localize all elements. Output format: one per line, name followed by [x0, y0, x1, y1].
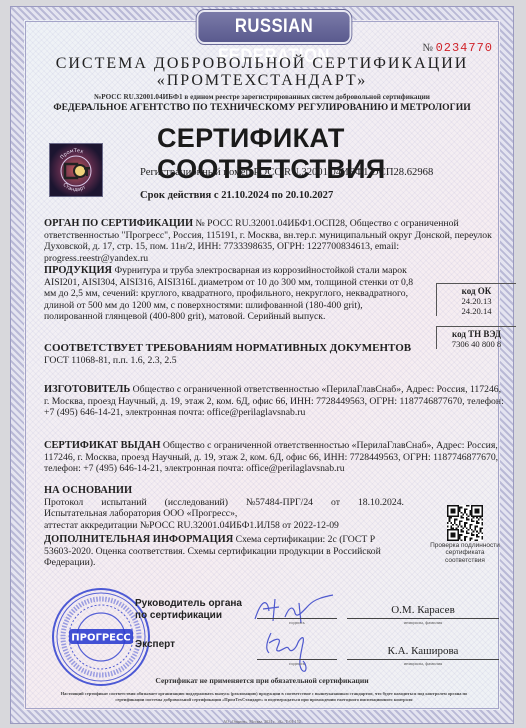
protocol-word: №57484-ПРГ/24 [246, 497, 313, 509]
registration-number: Регистрационный номер РОСС RU.32001.04ИБ… [140, 167, 433, 178]
okpd-label: код ОК [437, 286, 516, 296]
svg-text:ПРОГРЕСС: ПРОГРЕСС [71, 633, 130, 644]
classification-codes: код ОК 24.20.13 24.20.14 код ТН ВЭД 7306… [436, 283, 516, 349]
protocol-line: Протокол испытаний (исследований) №57484… [44, 497, 404, 509]
head-name-caption: инициалы, фамилия [347, 620, 499, 625]
protocol-word: испытаний [101, 497, 146, 509]
system-title-line1: СИСТЕМА ДОБРОВОЛЬНОЙ СЕРТИФИКАЦИИ [11, 55, 513, 72]
protocol-word: 18.10.2024. [358, 497, 404, 509]
printer-imprint: АО «Опцион», Москва, 2024 г., «Б», Т-04-… [11, 719, 513, 724]
svg-text:ПромТех: ПромТех [59, 148, 84, 161]
expert-signature-icon [261, 627, 321, 677]
accreditation-line: аттестат аккредитации №РОСС RU.32001.04И… [44, 520, 504, 532]
validity-period: Срок действия с 21.10.2024 по 20.10.2027 [140, 190, 333, 201]
expert-name: К.А. Каширова [347, 645, 499, 657]
section-heading: ПРОДУКЦИЯ [44, 265, 112, 276]
lab-line: Испытательная лаборатория ООО «Прогресс»… [44, 508, 504, 520]
section-text: ГОСТ 11068-81, п.п. 1.6, 2.3, 2.5 [44, 355, 504, 367]
qr-code-icon[interactable] [447, 505, 483, 541]
system-title: СИСТЕМА ДОБРОВОЛЬНОЙ СЕРТИФИКАЦИИ «ПРОМТ… [11, 55, 513, 89]
section-product: ПРОДУКЦИЯ Фурнитура и труба электросварн… [44, 265, 414, 323]
not-mandatory-notice: Сертификат не применяется при обязательн… [11, 676, 513, 685]
section-heading: СООТВЕТСТВУЕТ ТРЕБОВАНИЯМ НОРМАТИВНЫХ ДО… [44, 343, 504, 355]
certificate-sheet: RUSSIAN FEDERATION № 0234770 СИСТЕМА ДОБ… [10, 6, 514, 724]
okpd-value: 24.20.13 [437, 296, 516, 306]
tnved-label: код ТН ВЭД [437, 329, 516, 339]
head-sign-caption: подпись [257, 620, 337, 625]
protocol-word: Протокол [44, 497, 83, 509]
protocol-word: от [331, 497, 340, 509]
section-heading: НА ОСНОВАНИИ [44, 485, 132, 496]
agency-name: ФЕДЕРАЛЬНОЕ АГЕНТСТВО ПО ТЕХНИЧЕСКОМУ РЕ… [11, 102, 513, 113]
section-heading: ОРГАН ПО СЕРТИФИКАЦИИ [44, 218, 193, 229]
section-issued-to: СЕРТИФИКАТ ВЫДАН Общество с ограниченной… [44, 440, 504, 475]
expert-sign-caption: подпись [257, 661, 337, 666]
protocol-word: (исследований) [165, 497, 228, 509]
section-heading: СЕРТИФИКАТ ВЫДАН [44, 440, 160, 451]
system-title-line2: «ПРОМТЕХСТАНДАРТ» [11, 72, 513, 89]
section-heading: ДОПОЛНИТЕЛЬНАЯ ИНФОРМАЦИЯ [44, 534, 233, 545]
head-role-label: Руководитель органа по сертификации [135, 598, 245, 622]
section-heading: ИЗГОТОВИТЕЛЬ [44, 384, 130, 395]
section-manufacturer: ИЗГОТОВИТЕЛЬ Общество с ограниченной отв… [44, 384, 504, 419]
qr-caption: Проверка подлинности сертификата соответ… [429, 542, 501, 564]
section-additional-info: ДОПОЛНИТЕЛЬНАЯ ИНФОРМАЦИЯ Схема сертифик… [44, 534, 399, 569]
russian-federation-badge: RUSSIAN FEDERATION [197, 10, 352, 44]
section-normative-documents: СООТВЕТСТВУЕТ ТРЕБОВАНИЯМ НОРМАТИВНЫХ ДО… [44, 343, 504, 366]
head-sign-line [257, 618, 337, 619]
serial-number: 0234770 [436, 41, 493, 55]
serial-prefix: № [422, 42, 433, 54]
registry-line: №РОСС RU.32001.04ИБФ1 в едином реестре з… [11, 93, 513, 101]
fine-print: Настоящий сертификат соответствия обязыв… [49, 691, 479, 703]
expert-name-line [347, 659, 499, 660]
okpd-code-box: код ОК 24.20.13 24.20.14 [436, 283, 516, 316]
section-basis: НА ОСНОВАНИИ Протокол испытаний (исследо… [44, 485, 504, 531]
head-name: О.М. Карасев [347, 604, 499, 616]
hologram-logo-icon: ПромТех Стандарт [49, 143, 103, 197]
okpd-value: 24.20.14 [437, 306, 516, 316]
head-name-line [347, 618, 499, 619]
section-certification-body: ОРГАН ПО СЕРТИФИКАЦИИ № РОСС RU.32001.04… [44, 218, 504, 264]
expert-name-caption: инициалы, фамилия [347, 661, 499, 666]
expert-role-label: Эксперт [135, 639, 175, 651]
certificate-serial: № 0234770 [422, 41, 493, 55]
expert-sign-line [257, 659, 337, 660]
